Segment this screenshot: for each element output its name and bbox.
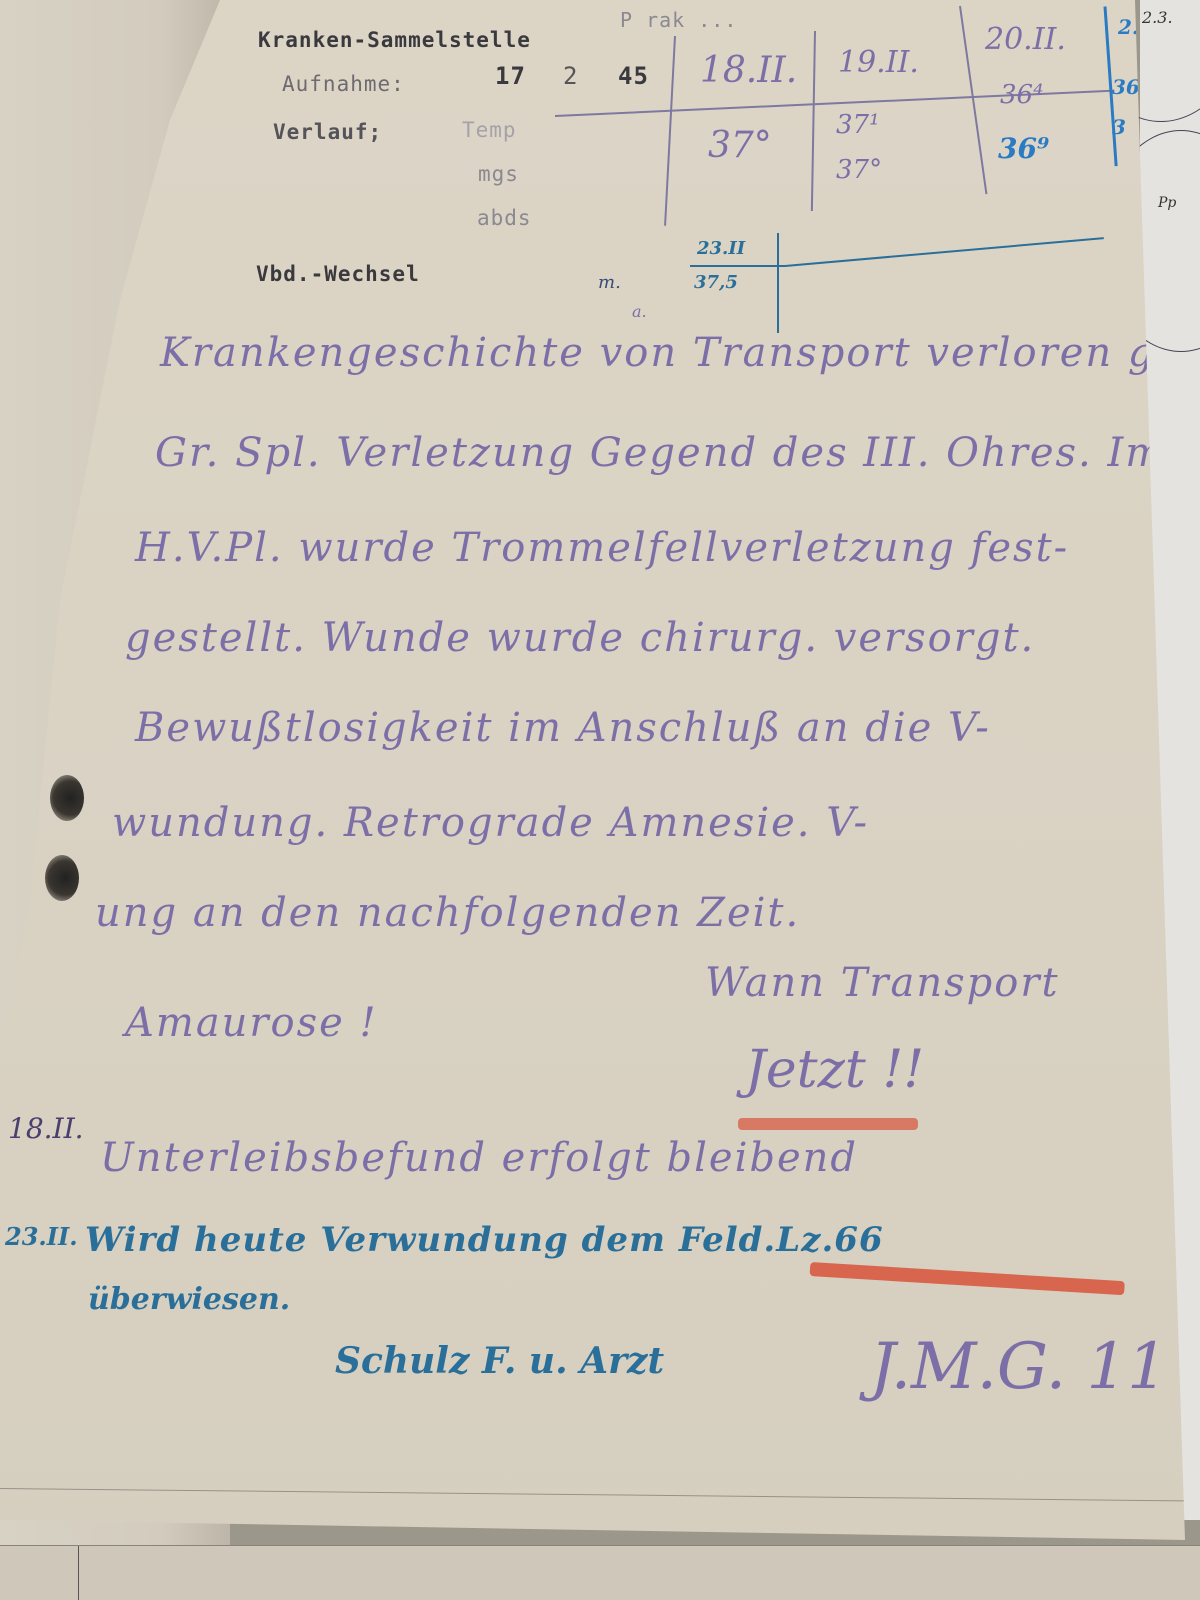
dressing-date: 23.II bbox=[697, 238, 745, 259]
note-emphasis: Jetzt !! bbox=[745, 1040, 924, 1100]
fold-line bbox=[0, 1488, 1185, 1501]
admission-label: Aufnahme: bbox=[282, 72, 405, 96]
date-cell: 18.II. bbox=[700, 50, 797, 91]
temp-cell: 36⁴ bbox=[1000, 80, 1044, 110]
temp-label: Temp bbox=[462, 118, 517, 142]
table-column-divider bbox=[811, 31, 816, 211]
red-underline bbox=[738, 1118, 918, 1130]
form-title: Kranken-Sammelstelle bbox=[258, 28, 531, 52]
table-column-divider bbox=[959, 6, 987, 194]
record-page: Kranken-Sammelstelle P rak ... Aufnahme:… bbox=[0, 0, 1185, 1560]
form-title-continuation: P rak ... bbox=[620, 8, 737, 32]
note-line: Gr. Spl. Verletzung Gegend des III. Ohre… bbox=[155, 430, 1165, 476]
temp-cell: 37¹ bbox=[836, 110, 880, 140]
temp-cell: 37° bbox=[708, 125, 772, 166]
course-label: Verlauf; bbox=[273, 120, 382, 144]
note-line: ung an den nachfolgenden Zeit. bbox=[95, 890, 800, 936]
note-line: Bewußtlosigkeit im Anschluß an die V- bbox=[135, 705, 991, 751]
signature-initials: J.M.G. 11 bbox=[870, 1330, 1168, 1404]
temp-cell: 3 bbox=[1112, 115, 1126, 139]
note-line: H.V.Pl. wurde Trommelfellverletzung fest… bbox=[135, 525, 1069, 571]
dressing-change-label: Vbd.-Wechsel bbox=[256, 262, 420, 286]
dressing-fraction-line bbox=[690, 265, 785, 267]
dressing-column-divider bbox=[777, 233, 779, 333]
morning-label: mgs bbox=[478, 162, 519, 186]
dressing-row-line bbox=[785, 237, 1104, 267]
temp-cell: 36 bbox=[1112, 75, 1140, 99]
note-line: Wann Transport bbox=[705, 960, 1060, 1006]
admission-month: 2 bbox=[563, 62, 578, 90]
note-line: Krankengeschichte von Transport verloren… bbox=[160, 330, 1200, 376]
date-cell: 19.II. bbox=[838, 45, 919, 80]
dressing-mark-evening: a. bbox=[632, 302, 647, 321]
temp-cell: 37° bbox=[836, 155, 882, 185]
temp-cell: 36⁹ bbox=[998, 132, 1049, 165]
note-line: gestellt. Wunde wurde chirurg. versorgt. bbox=[125, 615, 1035, 661]
note-line: Amaurose ! bbox=[125, 1000, 378, 1046]
table-column-divider bbox=[664, 36, 676, 226]
admission-year: 45 bbox=[618, 62, 649, 90]
entry-text: überwiesen. bbox=[88, 1282, 290, 1317]
date-cell: 20.II. bbox=[985, 22, 1066, 57]
dressing-value: 37,5 bbox=[694, 272, 738, 293]
signature-doctor: Schulz F. u. Arzt bbox=[335, 1340, 664, 1382]
punch-hole bbox=[45, 855, 79, 901]
admission-day: 17 bbox=[495, 62, 526, 90]
underlying-sheet bbox=[0, 1545, 1200, 1600]
sheet-text: 2.3. bbox=[1142, 8, 1173, 27]
sheet-text: Pp bbox=[1158, 195, 1176, 211]
entry-text: Unterleibsbefund erfolgt bleibend bbox=[100, 1135, 858, 1181]
evening-label: abds bbox=[477, 206, 532, 230]
entry-date: 18.II. bbox=[8, 1112, 84, 1145]
entry-date: 23.II. bbox=[5, 1222, 78, 1251]
entry-text: Wird heute Verwundung dem Feld.Lz.66 bbox=[85, 1220, 884, 1260]
note-line: wundung. Retrograde Amnesie. V- bbox=[112, 800, 869, 846]
dressing-mark-morning: m. bbox=[598, 272, 621, 293]
punch-hole bbox=[50, 775, 84, 821]
red-strike-through bbox=[810, 1262, 1125, 1295]
